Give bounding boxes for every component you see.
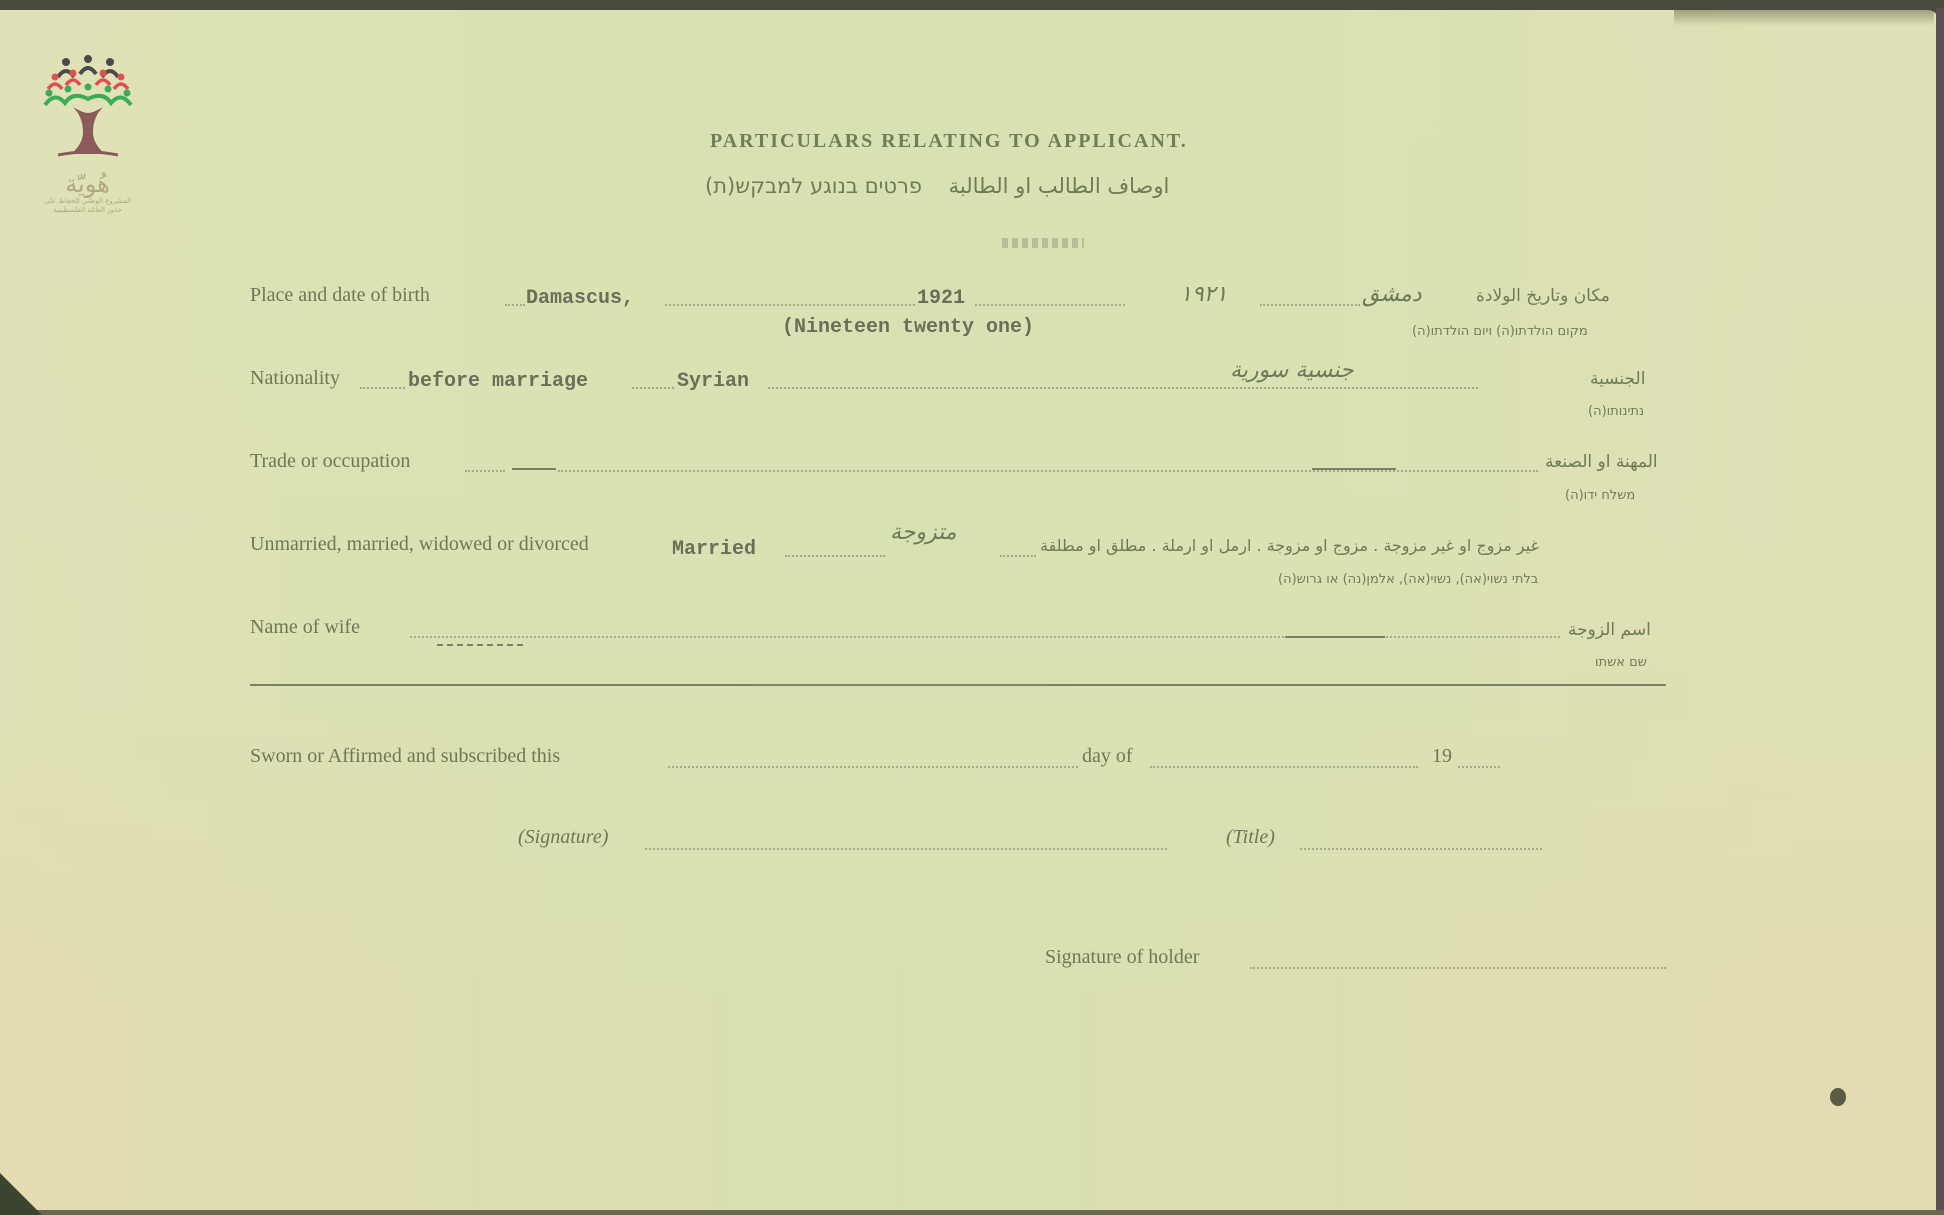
birth-year-words: (Nineteen twenty one) <box>782 316 1034 339</box>
marital-dots-1 <box>785 555 885 557</box>
birth-label-he: מקום הולדתו(ה) ויום הולדתו(ה) <box>1412 324 1588 339</box>
marital-label-ar: غير مزوج او غير مزوجة . مزوج او مزوجة . … <box>1040 536 1539 555</box>
birth-dots-1 <box>505 304 525 306</box>
marital-ar-handwritten: متزوجة <box>890 520 957 545</box>
section-divider <box>250 684 1666 686</box>
wife-label-he: שם אשתו <box>1595 655 1647 670</box>
birth-year-ar-handwritten: ١٩٢١ <box>1180 282 1227 307</box>
occupation-label: Trade or occupation <box>250 450 410 473</box>
sworn-month-field[interactable] <box>1150 766 1418 768</box>
page-edge-right <box>1936 8 1944 1215</box>
signature-field[interactable] <box>645 848 1167 850</box>
nationality-dots-1 <box>360 387 405 389</box>
marital-label-he: בלתי נשוי(אה), נשוי(אה), אלמן(נה) או גרו… <box>1278 572 1538 587</box>
nationality-dots-2 <box>632 387 674 389</box>
wife-ar-dash <box>1285 636 1385 638</box>
page-fold-shadow <box>1674 10 1934 26</box>
signature-label: (Signature) <box>518 826 608 849</box>
marital-label: Unmarried, married, widowed or divorced <box>250 533 589 556</box>
title-label: (Title) <box>1226 826 1275 849</box>
nationality-value: Syrian <box>677 370 749 393</box>
birth-dots-3 <box>975 304 1125 306</box>
wife-dots <box>410 636 1560 638</box>
occupation-value-dash <box>512 468 556 470</box>
logo-tagline-1: المشروع الوطني للحفاظ على <box>30 197 145 206</box>
marital-dots-2 <box>1000 555 1036 557</box>
page-corner-shadow <box>0 1173 42 1215</box>
sworn-year-field[interactable] <box>1458 766 1500 768</box>
wife-label: Name of wife <box>250 616 360 639</box>
birth-dots-2 <box>665 304 915 306</box>
form-title: PARTICULARS RELATING TO APPLICANT. <box>710 130 1188 153</box>
title-field[interactable] <box>1300 848 1542 850</box>
faint-stamp-mark <box>1002 238 1084 248</box>
form-subtitle: اوصاف الطالب او الطالبة פרטים בנוגע למבק… <box>705 174 1169 198</box>
ink-spot <box>1830 1088 1846 1106</box>
occupation-dots-1 <box>465 470 505 472</box>
occupation-dots-2 <box>558 470 1538 472</box>
family-tree-icon <box>43 55 133 165</box>
wife-value-dash <box>437 644 523 646</box>
logo-tagline-2: جذور العائلة الفلسطينية <box>30 206 145 215</box>
birth-label: Place and date of birth <box>250 284 430 307</box>
birth-label-ar: مكان وتاريخ الولادة <box>1476 286 1610 306</box>
nationality-label: Nationality <box>250 367 340 390</box>
sworn-day-field[interactable] <box>668 766 1078 768</box>
form-subtitle-ar: اوصاف الطالب او الطالبة <box>949 174 1170 198</box>
holder-signature-field[interactable] <box>1250 967 1666 969</box>
wife-label-ar: اسم الزوجة <box>1568 620 1651 640</box>
occupation-label-ar: المهنة او الصنعة <box>1545 452 1658 472</box>
occupation-ar-dash <box>1312 468 1396 470</box>
holder-signature-label: Signature of holder <box>1045 946 1199 969</box>
nationality-dots-3 <box>768 387 1478 389</box>
marital-value: Married <box>672 538 756 561</box>
sworn-label: Sworn or Affirmed and subscribed this <box>250 745 560 768</box>
birth-year-value: 1921 <box>917 287 965 310</box>
nationality-label-ar: الجنسية <box>1590 369 1645 389</box>
nationality-label-he: נתינותו(ה) <box>1588 404 1644 419</box>
year-prefix-label: 19 <box>1432 745 1452 768</box>
logo-wordmark: هُويّة <box>30 171 145 197</box>
birth-place-ar-handwritten: دمشق <box>1362 282 1422 307</box>
form-subtitle-he: פרטים בנוגע למבקש(ת) <box>705 174 922 198</box>
birth-place-value: Damascus, <box>526 287 634 310</box>
nationality-ar-handwritten: جنسية سورية <box>1230 358 1354 383</box>
nationality-prefix-value: before marriage <box>408 370 588 393</box>
page-edge-bottom <box>0 1210 1944 1215</box>
hawiya-logo: هُويّة المشروع الوطني للحفاظ على جذور ال… <box>30 55 145 215</box>
birth-dots-4 <box>1260 304 1360 306</box>
occupation-label-he: משלח ידו(ה) <box>1565 488 1635 503</box>
day-of-label: day of <box>1082 745 1133 768</box>
